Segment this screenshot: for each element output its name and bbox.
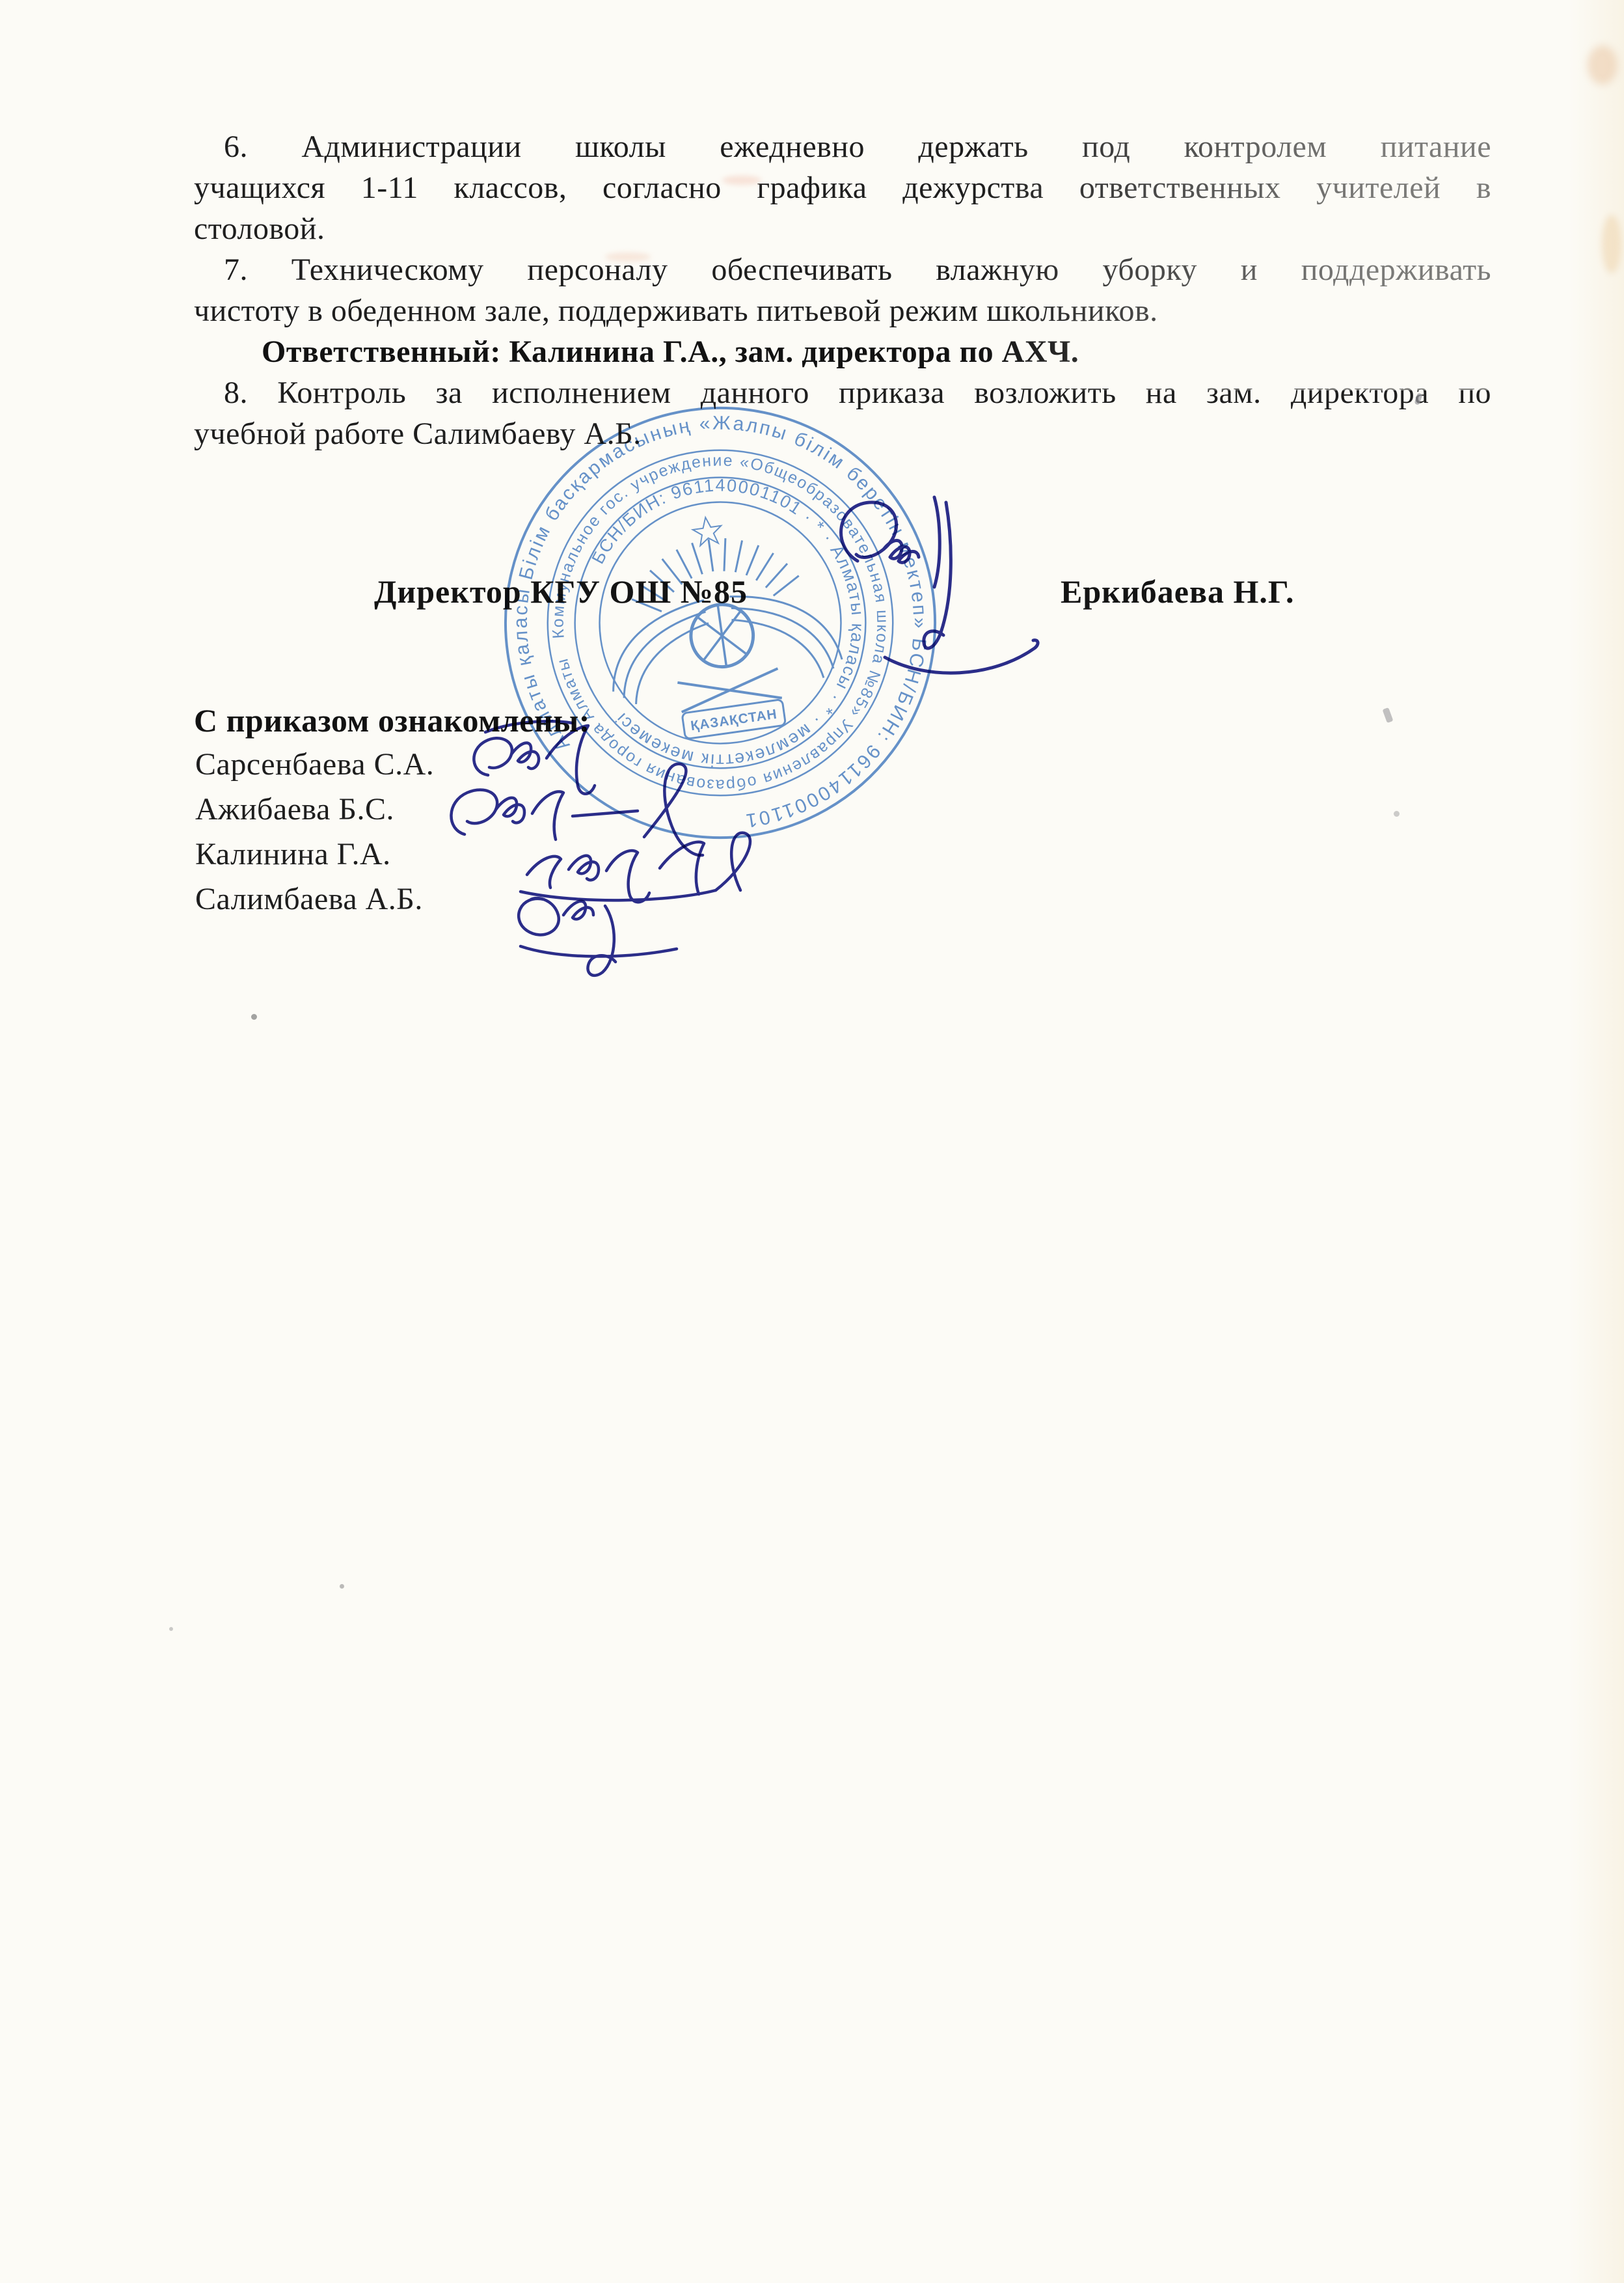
paragraph-6-line: учащихся 1-11 классов, согласно графика … xyxy=(194,167,1491,208)
acknowledged-name: Калинина Г.А. xyxy=(195,836,391,872)
scan-speck xyxy=(1383,707,1394,723)
scan-speck xyxy=(169,1627,173,1631)
scan-speck xyxy=(340,1584,344,1589)
acknowledged-name: Салимбаева А.Б. xyxy=(195,881,423,917)
responsible-person-line: Ответственный: Калинина Г.А., зам. дирек… xyxy=(194,331,1491,372)
paragraph-6-line: 6. Администрации школы ежедневно держать… xyxy=(194,126,1491,167)
director-signature xyxy=(807,483,1054,704)
director-name-label: Еркибаева Н.Г. xyxy=(1061,573,1295,610)
scanned-document-page: 6. Администрации школы ежедневно держать… xyxy=(0,0,1624,2283)
acknowledged-name: Ажибаева Б.С. xyxy=(195,791,394,827)
paragraph-7-line: чистоту в обеденном зале, поддерживать п… xyxy=(194,290,1491,331)
scan-speck xyxy=(251,1014,257,1020)
scan-edge-tint xyxy=(1568,0,1624,2283)
scan-smudge xyxy=(1588,46,1617,85)
paragraph-7-line: 7. Техническому персоналу обеспечивать в… xyxy=(194,249,1491,290)
scan-speck xyxy=(1394,811,1400,817)
acknowledged-name: Сарсенбаева С.А. xyxy=(195,746,434,782)
paragraph-6-line: столовой. xyxy=(194,208,1491,249)
signature-salimbaeva xyxy=(481,860,742,984)
scan-smudge xyxy=(1602,215,1621,273)
